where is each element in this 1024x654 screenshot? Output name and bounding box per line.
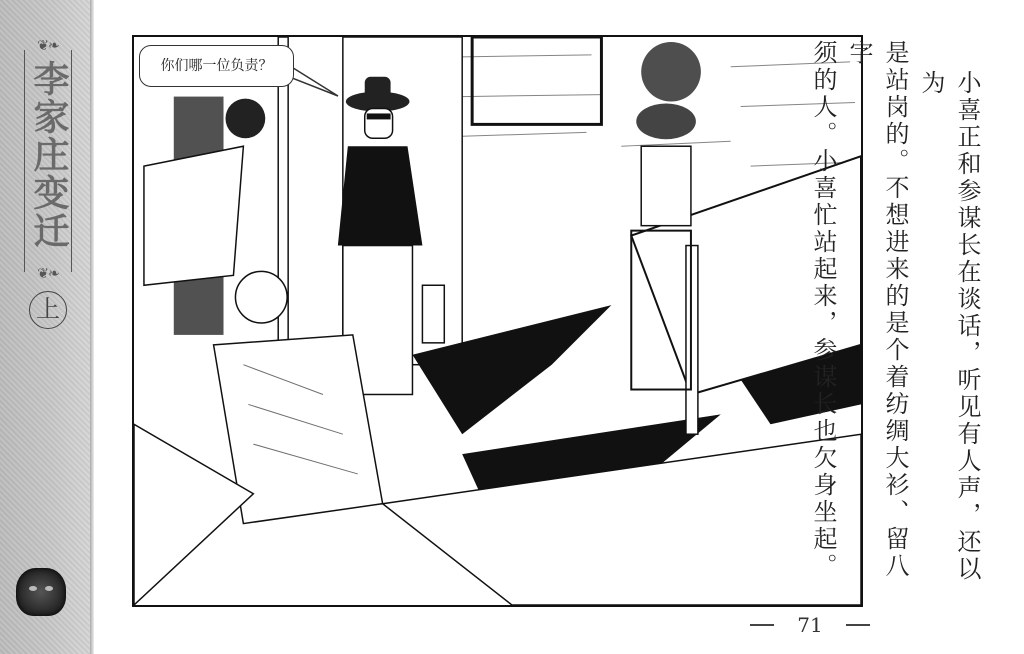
speech-bubble: 你们哪一位负责？ — [139, 45, 294, 87]
caption-column-1: 小喜正和参谋长在谈话，听见有人声，还以为 — [913, 40, 985, 600]
caption-column-2: 是站岗的。不想进来的是个着纺绸大衫、留八字 — [841, 40, 913, 600]
page-footer: 71 — [750, 612, 870, 638]
dash-right — [846, 624, 870, 626]
ornament-bottom-icon: ❦❧ — [18, 266, 78, 282]
caption-text: 小喜正和参谋长在谈话，听见有人声，还以为 是站岗的。不想进来的是个着纺绸大衫、留… — [880, 40, 985, 600]
caption-column-3: 须的人。小喜忙站起来，参谋长也欠身坐起。 — [805, 40, 841, 600]
volume-badge: 上 — [29, 291, 67, 329]
mask-emblem-icon — [16, 568, 66, 616]
spine-edge — [90, 0, 94, 654]
illustration-art — [134, 37, 861, 605]
speech-bubble-tail — [290, 62, 340, 98]
page-number: 71 — [797, 613, 822, 637]
book-title: 李家庄变迁 — [24, 60, 72, 250]
dash-left — [750, 624, 774, 626]
illustration-panel — [132, 35, 863, 607]
